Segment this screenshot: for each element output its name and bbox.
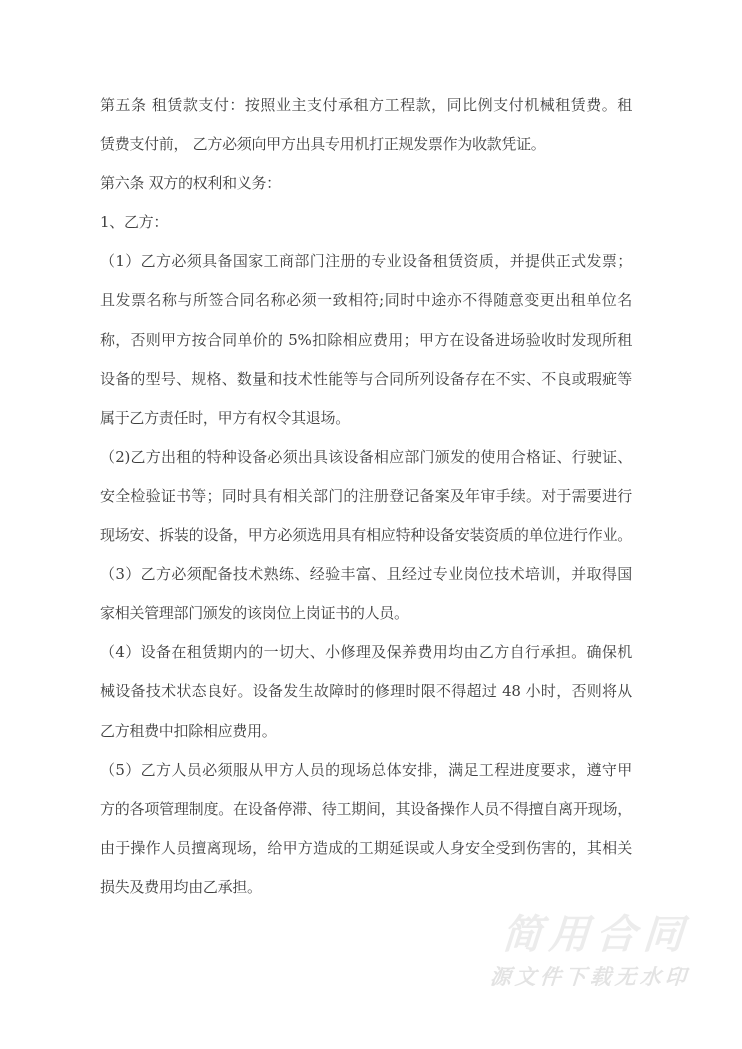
contract-line: 现场安、拆装的设备，甲方必须选用具有相应特种设备安装资质的单位进行作业。: [100, 516, 632, 555]
contract-line: （5）乙方人员必须服从甲方人员的现场总体安排，满足工程进度要求，遵守甲: [100, 751, 632, 790]
contract-line: 损失及费用均由乙承担。: [100, 868, 632, 907]
contract-line: 家相关管理部门颁发的该岗位上岗证书的人员。: [100, 594, 632, 633]
contract-line: 械设备技术状态良好。设备发生故障时的修理时限不得超过 48 小时，否则将从: [100, 672, 632, 711]
contract-page: 第五条 租赁款支付：按照业主支付承租方工程款，同比例支付机械租赁费。租赁费支付前…: [0, 0, 742, 1049]
watermark: 简用合同 源文件下载无水印: [490, 913, 690, 989]
contract-body: 第五条 租赁款支付：按照业主支付承租方工程款，同比例支付机械租赁费。租赁费支付前…: [100, 86, 632, 907]
contract-line: （4）设备在租赁期内的一切大、小修理及保养费用均由乙方自行承担。确保机: [100, 633, 632, 672]
contract-line: 由于操作人员擅离现场，给甲方造成的工期延误或人身安全受到伤害的，其相关: [100, 829, 632, 868]
contract-line: （1）乙方必须具备国家工商部门注册的专业设备租赁资质，并提供正式发票；: [100, 242, 632, 281]
contract-line: 称，否则甲方按合同单价的 5%扣除相应费用；甲方在设备进场验收时发现所租: [100, 321, 632, 360]
contract-line: 且发票名称与所签合同名称必须一致相符;同时中途亦不得随意变更出租单位名: [100, 281, 632, 320]
watermark-subtitle: 源文件下载无水印: [489, 966, 691, 989]
contract-line: 赁费支付前， 乙方必须向甲方出具专用机打正规发票作为收款凭证。: [100, 125, 632, 164]
contract-line: 第六条 双方的权利和义务：: [100, 164, 632, 203]
contract-line: （3）乙方必须配备技术熟练、经验丰富、且经过专业岗位技术培训，并取得国: [100, 555, 632, 594]
contract-line: 方的各项管理制度。在设备停滞、待工期间，其设备操作人员不得擅自离开现场，: [100, 790, 632, 829]
contract-line: 第五条 租赁款支付：按照业主支付承租方工程款，同比例支付机械租赁费。租: [100, 86, 632, 125]
contract-line: 设备的型号、规格、数量和技术性能等与合同所列设备存在不实、不良或瑕疵等: [100, 360, 632, 399]
contract-line: （2)乙方出租的特种设备必须出具该设备相应部门颁发的使用合格证、行驶证、: [100, 438, 632, 477]
contract-line: 乙方租费中扣除相应费用。: [100, 712, 632, 751]
contract-line: 1、乙方：: [100, 203, 632, 242]
contract-line: 安全检验证书等；同时具有相关部门的注册登记备案及年审手续。对于需要进行: [100, 477, 632, 516]
watermark-title: 简用合同: [488, 913, 691, 957]
contract-line: 属于乙方责任时，甲方有权令其退场。: [100, 399, 632, 438]
